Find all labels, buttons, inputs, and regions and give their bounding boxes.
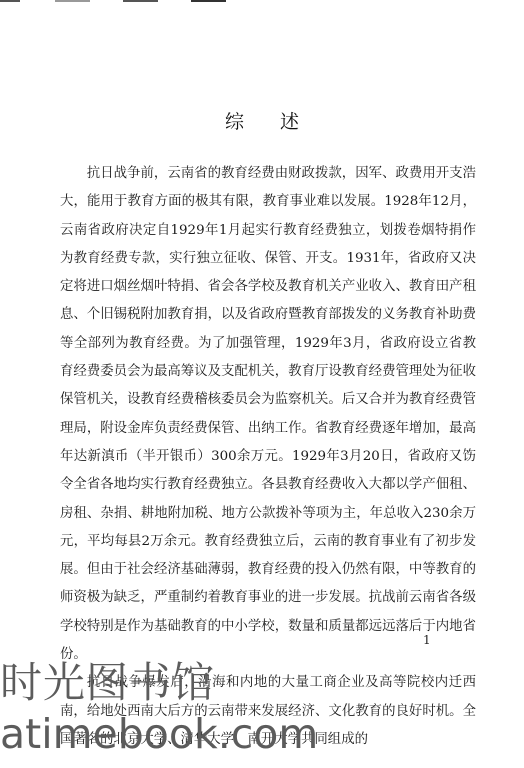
page-title: 综述 [0,107,524,134]
watermark-url: atimebook.com [0,714,318,755]
scan-mark [55,0,90,2]
paragraph: 抗日战争前，云南省的教育经费由财政拨款，因军、政费用开支浩大，能用于教育方面的极… [60,160,476,669]
scan-mark [123,0,158,2]
watermark: 时光图书馆 atimebook.com [0,662,318,755]
scan-edge-marks [0,0,260,6]
scan-mark [191,0,226,2]
watermark-name: 时光图书馆 [0,662,318,704]
scan-mark [0,0,20,2]
page-number: 1 [423,633,431,647]
